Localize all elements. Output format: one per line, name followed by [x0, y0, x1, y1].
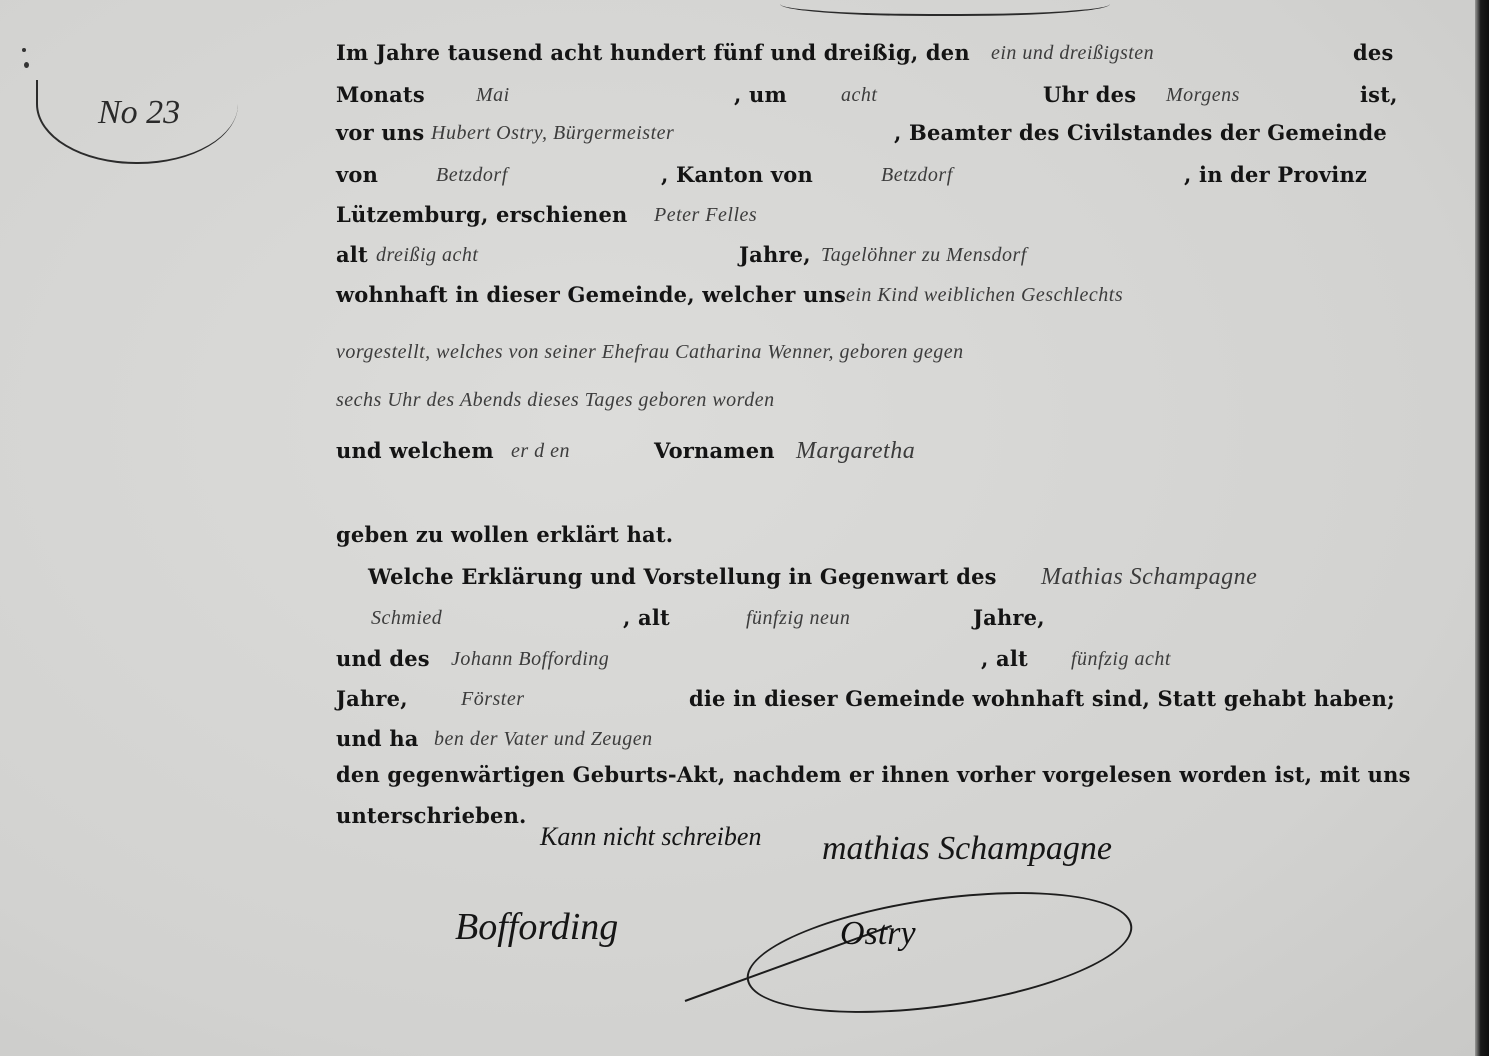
printed-text: von	[336, 160, 378, 190]
handwritten-commune: Betzdorf	[436, 160, 508, 190]
printed-text: Jahre,	[336, 684, 408, 714]
handwritten-signers: ben der Vater und Zeugen	[434, 724, 653, 754]
handwritten-witness-1-name: Mathias Schampagne	[1041, 562, 1257, 592]
line-signers: und ha ben der Vater und Zeugen	[336, 724, 1391, 754]
line-appeared: Lützemburg, erschienen Peter Felles	[336, 200, 1391, 230]
line-signed: unterschrieben.	[336, 801, 1391, 831]
printed-text: Uhr des	[1043, 80, 1136, 110]
handwritten-official-name: Hubert Ostry, Bürgermeister	[431, 118, 674, 148]
page-edge-border	[1475, 0, 1489, 1056]
handwritten-child-sex: ein Kind weiblichen Geschlechts	[846, 280, 1123, 310]
handwritten-canton: Betzdorf	[881, 160, 953, 190]
ink-speck	[24, 62, 29, 68]
line-residence: wohnhaft in dieser Gemeinde, welcher uns…	[336, 280, 1391, 310]
printed-text: Vornamen	[654, 436, 775, 466]
printed-text: vor uns	[336, 118, 424, 148]
handwritten-time-of-day: Morgens	[1166, 80, 1240, 110]
printed-text: Jahre,	[973, 603, 1045, 633]
line-father-age: alt dreißig acht Jahre, Tagelöhner zu Me…	[336, 240, 1391, 270]
printed-text: alt	[336, 240, 368, 270]
register-page: No 23 Im Jahre tausend acht hundert fünf…	[0, 0, 1475, 1056]
register-number: No 23	[98, 94, 180, 132]
handwritten-birth-time: sechs Uhr des Abends dieses Tages gebore…	[336, 385, 775, 415]
handwritten-article: er d en	[511, 436, 570, 466]
handwritten-hour: acht	[841, 80, 877, 110]
line-birth-time: sechs Uhr des Abends dieses Tages gebore…	[336, 385, 1391, 415]
printed-text: , Beamter des Civilstandes der Gemeinde	[894, 118, 1387, 148]
printed-text: unterschrieben.	[336, 801, 527, 831]
printed-text: geben zu wollen erklärt hat.	[336, 520, 673, 550]
signature-witness-1: mathias Schampagne	[822, 830, 1112, 868]
signature-witness-2: Boffording	[455, 905, 618, 949]
printed-text: Im Jahre tausend acht hundert fünf und d…	[336, 38, 970, 68]
printed-text: Welche Erklärung und Vorstellung in Gege…	[368, 562, 997, 592]
printed-text: ist,	[1360, 80, 1398, 110]
line-witness-residence: Jahre, Förster die in dieser Gemeinde wo…	[336, 684, 1391, 714]
line-witness-2: und des Johann Boffording , alt fünfzig …	[336, 644, 1391, 674]
line-month-time: Monats Mai , um acht Uhr des Morgens ist…	[336, 80, 1391, 110]
printed-text: und des	[336, 644, 430, 674]
printed-text: des	[1353, 38, 1393, 68]
line-witness-1: Schmied , alt fünfzig neun Jahre,	[336, 603, 1391, 633]
handwritten-child-forename: Margaretha	[796, 436, 915, 466]
line-commune: von Betzdorf , Kanton von Betzdorf , in …	[336, 160, 1391, 190]
printed-text: , alt	[623, 603, 670, 633]
line-witness-intro: Welche Erklärung und Vorstellung in Gege…	[336, 562, 1391, 592]
line-mother: vorgestellt, welches von seiner Ehefrau …	[336, 337, 1391, 367]
signature-official: Ostry	[840, 915, 916, 953]
printed-text: den gegenwärtigen Geburts-Akt, nachdem e…	[336, 760, 1411, 790]
previous-entry-flourish	[780, 0, 1110, 16]
handwritten-day: ein und dreißigsten	[991, 38, 1154, 68]
printed-text: und welchem	[336, 436, 494, 466]
handwritten-witness-1-age: fünfzig neun	[746, 603, 850, 633]
ink-speck	[22, 48, 26, 52]
printed-text: die in dieser Gemeinde wohnhaft sind, St…	[689, 684, 1395, 714]
line-official: vor uns Hubert Ostry, Bürgermeister , Be…	[336, 118, 1391, 148]
line-declared: geben zu wollen erklärt hat.	[336, 520, 1391, 550]
printed-text: Monats	[336, 80, 425, 110]
printed-text: , alt	[981, 644, 1028, 674]
handwritten-witness-1-occupation: Schmied	[371, 603, 442, 633]
handwritten-father-age: dreißig acht	[376, 240, 478, 270]
handwritten-witness-2-occupation: Förster	[461, 684, 525, 714]
printed-text: und ha	[336, 724, 419, 754]
line-forename: und welchem er d en Vornamen Margaretha	[336, 436, 1391, 466]
printed-text: wohnhaft in dieser Gemeinde, welcher uns	[336, 280, 846, 310]
printed-text: , in der Provinz	[1184, 160, 1367, 190]
father-cannot-write-note: Kann nicht schreiben	[540, 822, 761, 852]
register-number-mark: No 23	[36, 80, 238, 164]
line-read-aloud: den gegenwärtigen Geburts-Akt, nachdem e…	[336, 760, 1391, 790]
handwritten-month: Mai	[476, 80, 510, 110]
handwritten-mother-details: vorgestellt, welches von seiner Ehefrau …	[336, 337, 964, 367]
official-signature-flourish	[739, 871, 1139, 1033]
handwritten-father-name: Peter Felles	[654, 200, 757, 230]
line-date: Im Jahre tausend acht hundert fünf und d…	[336, 38, 1391, 68]
handwritten-witness-2-name: Johann Boffording	[451, 644, 609, 674]
printed-text: Lützemburg, erschienen	[336, 200, 628, 230]
printed-text: Jahre,	[739, 240, 811, 270]
handwritten-witness-2-age: fünfzig acht	[1071, 644, 1171, 674]
printed-text: , um	[734, 80, 787, 110]
printed-text: , Kanton von	[661, 160, 813, 190]
handwritten-father-occupation: Tagelöhner zu Mensdorf	[821, 240, 1027, 270]
